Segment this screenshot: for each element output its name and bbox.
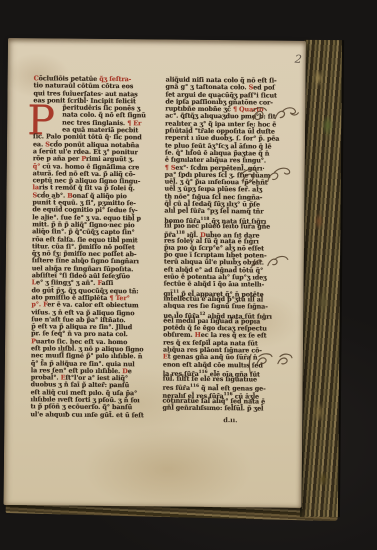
text-line: gn̄l̄ gen̄ralıſsımo: ſel̄ſūl̄. p̃ ʒel̄ xyxy=(162,405,298,414)
text-segment: alıqua res ſıe ſıgnũ ſıue ſıḡna- xyxy=(163,302,267,311)
book-fore-edge-marbled xyxy=(300,40,344,517)
marginal-annotation xyxy=(248,251,294,277)
text-segment: gn̄l̄ gen̄ralıſsımo: ſel̄ſūl̄. p̃ ʒel̄ xyxy=(162,404,263,413)
marginal-annotation xyxy=(245,348,295,382)
pen-squiggle-icon xyxy=(248,251,294,273)
pen-squiggle-icon xyxy=(237,162,296,193)
text-segment: e xyxy=(128,367,132,375)
text-column-left: Cōcluſiōis petatūe q̃ʒ ſeſtra-tio natura… xyxy=(30,75,161,419)
signature-mark: d.ıı. xyxy=(162,415,298,424)
pen-squiggle-icon xyxy=(249,102,301,126)
text-segment: ul'e alıquıƀ cuı ınſe gūt̄. et ū ſeſt xyxy=(30,410,143,419)
manuscript-page: 2 P Cōcluſiōis petatūe q̃ʒ ſeſtra-tio na… xyxy=(4,38,306,508)
text-segment: ſectūe ē alıq̃d ī q̃o āıa ıntellı- xyxy=(164,280,264,289)
pen-squiggle-icon xyxy=(245,348,295,378)
photograph-canvas: 2 P Cōcluſiōis petatūe q̃ʒ ſeſtra-tio na… xyxy=(0,0,377,550)
marginal-annotation xyxy=(249,102,301,130)
marginal-annotation xyxy=(237,162,296,197)
text-line: ul'e alıquıƀ cuı ınſe gūt̄. et ū ſeſt xyxy=(30,411,158,420)
folio-number: 2 xyxy=(294,54,302,66)
text-segment: alıl̄ pel̄ ſūr̄a °pʒ ſel̄ namq̃ tñr xyxy=(164,207,263,216)
